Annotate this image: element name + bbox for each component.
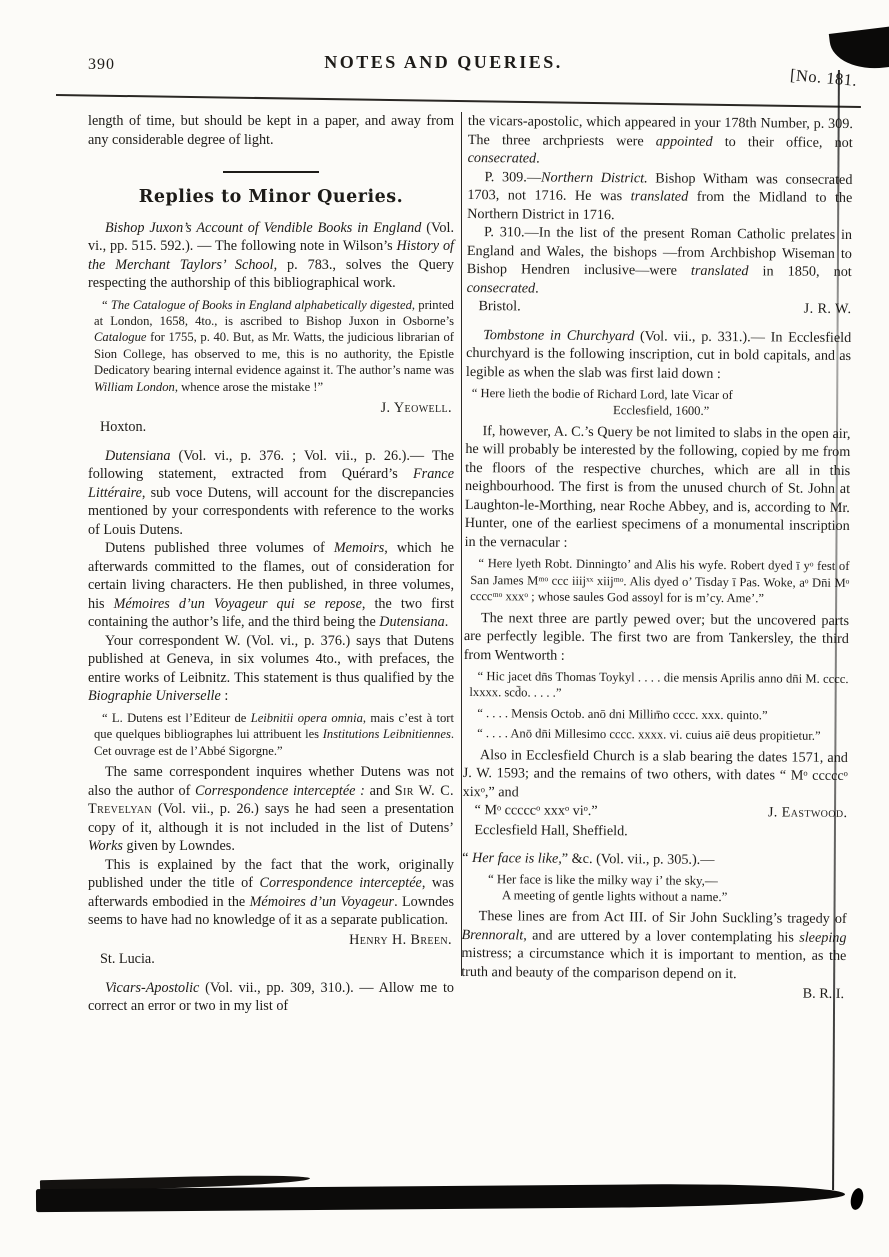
quoted-inscription: “ Here lyeth Robt. Dinningto’ and Alis h… bbox=[470, 555, 849, 607]
paragraph: Bishop Juxon’s Account of Vendible Books… bbox=[88, 219, 454, 293]
paragraph: Vicars-Apostolic (Vol. vii., pp. 309, 31… bbox=[88, 979, 454, 1016]
quoted-inscription: “ Here lieth the bodie of Richard Lord, … bbox=[472, 385, 851, 421]
quoted-inscription: “ . . . . Mensis Octob. anō dni Millim̄o… bbox=[469, 705, 848, 724]
continuation-paragraph: length of time, but should be kept in a … bbox=[88, 112, 454, 149]
page-title: NOTES AND QUERIES. bbox=[88, 52, 799, 73]
masthead: 390 NOTES AND QUERIES. [No. 181. bbox=[88, 50, 859, 98]
paragraph: This is explained by the fact that the w… bbox=[88, 856, 454, 930]
byline-place: Ecclesfield Hall, Sheffield. bbox=[462, 821, 847, 843]
paragraph: Your correspondent W. (Vol. vi., p. 376.… bbox=[88, 632, 454, 706]
byline-place: Bristol. bbox=[466, 297, 520, 316]
paragraph: The same correspondent inquires whether … bbox=[88, 763, 454, 856]
paragraph: Dutensiana (Vol. vi., p. 376. ; Vol. vii… bbox=[88, 447, 454, 540]
quoted-date: “ Mᵒ cccccᵒ xxxᵒ viᵒ.” bbox=[462, 801, 597, 821]
inscription-line: “ Here lieth the bodie of Richard Lord, … bbox=[472, 386, 733, 402]
scan-bottom-shadow bbox=[36, 1183, 845, 1212]
right-column: the vicars-apostolic, which appeared in … bbox=[461, 112, 853, 1019]
paragraph: Tombstone in Churchyard (Vol. vii., p. 3… bbox=[466, 325, 851, 384]
paragraph: “ Her face is like,” &c. (Vol. vii., p. … bbox=[462, 849, 847, 871]
paragraph: Dutens published three volumes of Memoir… bbox=[88, 539, 454, 632]
issue-number: [No. 181. bbox=[789, 65, 858, 91]
byline-row: “ Mᵒ cccccᵒ xxxᵒ viᵒ.” J. Eastwood. bbox=[462, 801, 847, 823]
byline-place: Hoxton. bbox=[88, 418, 454, 437]
quoted-extract: “ The Catalogue of Books in England alph… bbox=[94, 297, 454, 395]
byline-row: Bristol. J. R. W. bbox=[466, 297, 851, 319]
text-columns: length of time, but should be kept in a … bbox=[88, 112, 853, 1016]
scanned-page: 390 NOTES AND QUERIES. [No. 181. length … bbox=[0, 0, 889, 1257]
verse-line: “ Her face is like the milky way i’ the … bbox=[488, 872, 718, 888]
signature: J. R. W. bbox=[804, 300, 852, 319]
signature: B. R. I. bbox=[461, 982, 844, 1004]
quoted-inscription: “ Hic jacet dn̄s Thomas Toykyl . . . . d… bbox=[469, 668, 848, 704]
verse-line: A meeting of gentle lights without a nam… bbox=[502, 888, 847, 908]
paragraph: Also in Ecclesfield Church is a slab bea… bbox=[463, 746, 848, 805]
quoted-extract: “ L. Dutens est l’Editeur de Leibnitii o… bbox=[94, 710, 454, 759]
byline-place: St. Lucia. bbox=[88, 950, 454, 969]
signature: Henry H. Breen. bbox=[88, 931, 452, 950]
paragraph: If, however, A. C.’s Query be not limite… bbox=[465, 422, 851, 555]
section-heading: Replies to Minor Queries. bbox=[88, 188, 454, 207]
signature: J. Yeowell. bbox=[88, 399, 452, 418]
quoted-inscription: “ . . . . Anō dn̄i Millesimo cccc. xxxx.… bbox=[469, 725, 848, 744]
inscription-line: Ecclesfield, 1600.” bbox=[472, 401, 851, 420]
continuation-paragraph: the vicars-apostolic, which appeared in … bbox=[468, 112, 853, 171]
verse-quote: “ Her face is like the milky way i’ the … bbox=[488, 871, 847, 907]
paragraph: The next three are partly pewed over; bu… bbox=[464, 609, 849, 668]
scan-corner-dot bbox=[849, 1187, 865, 1211]
section-divider bbox=[223, 171, 319, 173]
paragraph: P. 310.—In the list of the present Roman… bbox=[467, 223, 853, 300]
left-column: length of time, but should be kept in a … bbox=[88, 112, 454, 1016]
paragraph: P. 309.—Northern District. Bishop Witham… bbox=[467, 167, 852, 226]
paragraph: These lines are from Act III. of Sir Joh… bbox=[461, 907, 847, 984]
